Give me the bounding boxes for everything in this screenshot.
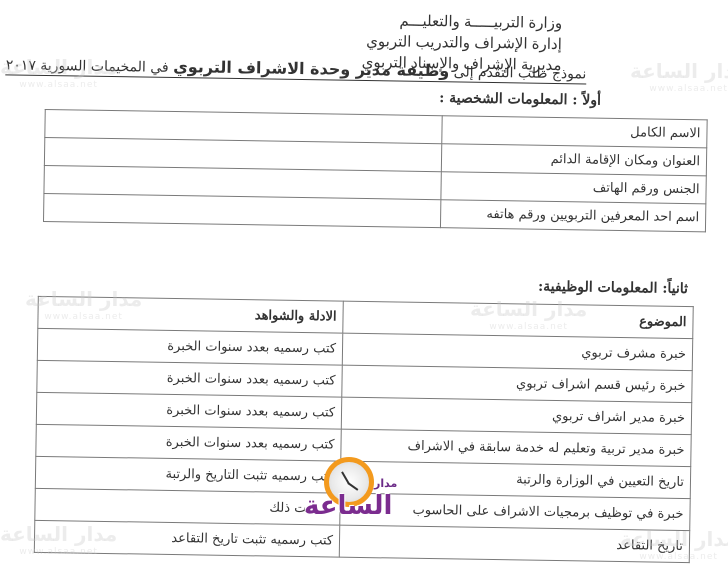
evidence-cell: كتب رسميه بعدد سنوات الخبرة — [36, 392, 341, 429]
column-header-evidence: الادلة والشواهد — [38, 296, 343, 333]
form-title-position: وظيفة مدير وحدة الاشراف التربوي — [173, 57, 449, 80]
evidence-cell: كتب رسميه تثبت تاريخ التقاعد — [34, 520, 339, 557]
evidence-cell: كتب رسميه تثبت التاريخ والرتبة — [35, 456, 340, 493]
logo-small-text: مدار — [374, 477, 397, 490]
row-label-full-name: الاسم الكامل — [442, 116, 707, 148]
personal-info-table: الاسم الكامل العنوان ومكان الإقامة الدائ… — [43, 109, 708, 232]
reference-field[interactable] — [43, 193, 440, 227]
job-info-heading: ثانياً: المعلومات الوظيفية: — [538, 279, 688, 297]
row-label-address: العنوان ومكان الإقامة الدائم — [441, 144, 706, 176]
evidence-cell: كتب رسميه بعدد سنوات الخبرة — [36, 424, 341, 461]
form-title-suffix: في المخيمات السورية ٢٠١٧ — [6, 57, 169, 76]
form-title-prefix: نموذج طلب التقدم إلى — [454, 64, 587, 82]
evidence-cell: ما يثبت ذلك — [35, 488, 340, 525]
site-logo: مدار الساعة — [302, 455, 412, 535]
evidence-cell: كتب رسميه بعدد سنوات الخبرة — [37, 360, 342, 397]
row-label-reference: اسم احد المعرفين التربويين ورقم هاتفه — [440, 200, 705, 232]
logo-big-text: الساعة — [304, 491, 392, 521]
evidence-cell: كتب رسميه بعدد سنوات الخبرة — [37, 328, 342, 365]
personal-info-heading: أولاً : المعلومات الشخصية : — [439, 90, 601, 109]
row-label-nationality-phone: الجنس ورقم الهاتف — [441, 172, 706, 204]
